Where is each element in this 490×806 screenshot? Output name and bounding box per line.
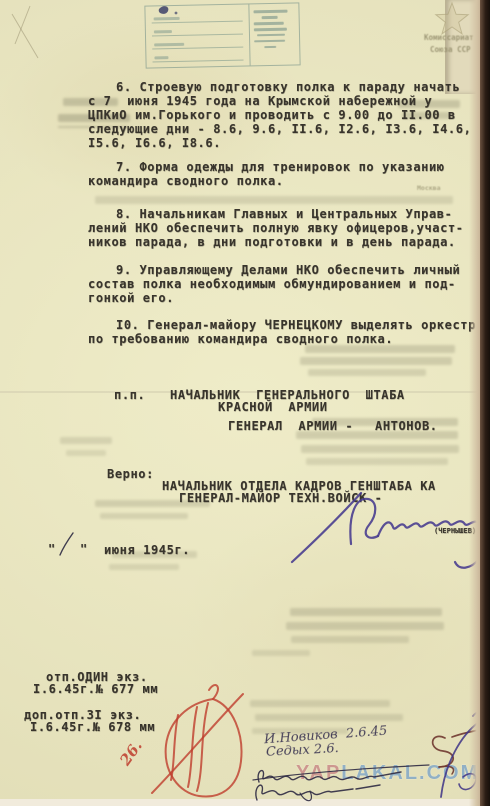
- ghost-letterhead-line2: Союза ССР: [430, 45, 471, 54]
- watermark-part2: LAKAL.COM: [341, 762, 479, 784]
- bleed-through-line: [291, 636, 409, 643]
- bleed-through-line: [305, 345, 455, 353]
- typed-line: командира сводного полка.: [88, 174, 445, 188]
- site-watermark: YAPLAKAL.COM: [296, 762, 479, 785]
- scan-bottom-edge: [0, 799, 482, 806]
- typed-line: гонкой его.: [88, 291, 460, 305]
- bleed-through-line: [109, 564, 179, 570]
- typed-line: I0. Генерал-майору ЧЕРНЕЦКОМУ выделять о…: [88, 318, 476, 332]
- bleed-through-line: [252, 650, 310, 656]
- typed-line: по требованию командира сводного полка.: [88, 332, 476, 346]
- bleed-through-line: [290, 608, 442, 616]
- typed-line: ников парада, в дни подготовки и в день …: [88, 235, 464, 249]
- date-quote-close: ": [80, 542, 88, 556]
- general-of-army-label: ГЕНЕРАЛ АРМИИ -: [228, 419, 353, 433]
- bleed-through-line: [300, 357, 452, 365]
- typed-line: следующие дни - 8.6, 9.6, II.6, I2.6, I3…: [88, 122, 471, 136]
- typed-line: с 7 июня 1945 года на Крымской набережно…: [88, 94, 471, 108]
- handwritten-date-digit: [60, 533, 73, 555]
- typed-line: ЦПКиО им.Горького и проводить с 9.00 до …: [88, 108, 471, 122]
- bleed-through-line: [66, 450, 106, 456]
- pp-abbreviation: п.п.: [114, 388, 145, 402]
- typed-paragraph: 6. Строевую подготовку полка к параду на…: [88, 80, 471, 150]
- print-note-1-line2: I.6.45г.№ 677 мм: [33, 682, 158, 696]
- bleed-through-line: [60, 437, 112, 444]
- typed-line: 6. Строевую подготовку полка к параду на…: [88, 80, 471, 94]
- scanned-document-page: Комиссариат Союза ССР Москва 6. Строевую…: [0, 0, 490, 806]
- typed-line: 8. Начальникам Главных и Центральных Упр…: [88, 207, 464, 221]
- typed-paragraph: 7. Форма одежды для тренировок по указан…: [88, 160, 445, 188]
- watermark-part1: YAP: [296, 762, 341, 784]
- registration-stamp: [144, 2, 300, 68]
- typed-line: лений НКО обеспечить полную явку офицеро…: [88, 221, 464, 235]
- scan-dark-edge: [480, 0, 490, 806]
- typed-line: 7. Форма одежды для тренировок по указан…: [88, 160, 445, 174]
- bleed-through-line: [306, 458, 448, 465]
- date-quote-open: ": [48, 542, 56, 556]
- typed-paragraph: 8. Начальникам Главных и Центральных Упр…: [88, 207, 464, 249]
- typed-line: состав полка необходимым обмундированием…: [88, 277, 460, 291]
- red-army-line: КРАСНОЙ АРМИИ: [218, 400, 328, 414]
- antonov-surname: АНТОНОВ.: [375, 419, 438, 433]
- red-scribble-signature: [152, 685, 243, 797]
- bleed-through-line: [250, 700, 390, 707]
- typed-line: 9. Управляющему Делами НКО обеспечить ли…: [88, 263, 460, 277]
- bleed-through-line: [286, 622, 444, 630]
- typed-paragraph: I0. Генерал-майору ЧЕРНЕЦКОМУ выделять о…: [88, 318, 476, 346]
- date-month-year: июня 1945г.: [104, 543, 190, 557]
- bleed-through-line: [95, 196, 453, 204]
- bleed-through-line: [100, 513, 188, 519]
- stamp-text-block: [249, 3, 299, 65]
- pencil-marks: [12, 6, 38, 58]
- handwritten-note-sedykh: Седых 2.6.: [266, 741, 339, 760]
- bleed-through-line: [308, 369, 426, 376]
- typed-line: I5.6, I6.6, I8.6.: [88, 136, 471, 150]
- bleed-through-line: [301, 445, 459, 453]
- red-handwritten-number: 26.: [116, 737, 146, 769]
- verno-label: Верно:: [107, 467, 154, 481]
- typed-paragraph: 9. Управляющему Делами НКО обеспечить ли…: [88, 263, 460, 305]
- print-note-2-line2: I.6.45г.№ 678 мм: [30, 720, 155, 734]
- stamp-fields: [145, 4, 250, 67]
- major-general-line: ГЕНЕРАЛ-МАЙОР ТЕХН.ВОЙСК -: [179, 491, 382, 505]
- bleed-through-line: [255, 714, 403, 721]
